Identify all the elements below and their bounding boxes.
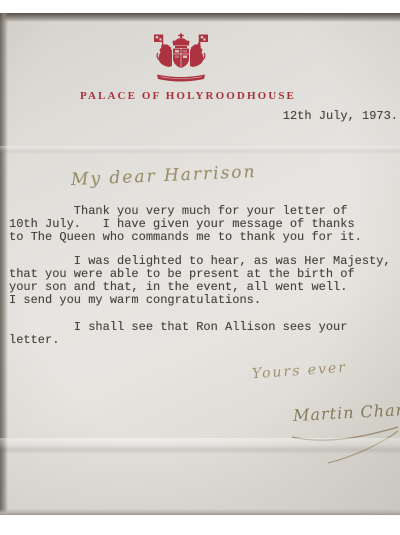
photo-vignette	[0, 13, 400, 515]
letter-paper: PALACE OF HOLYROODHOUSE 12th July, 1973.…	[0, 13, 400, 515]
photo-of-letter: PALACE OF HOLYROODHOUSE 12th July, 1973.…	[0, 0, 400, 535]
paper-bottom-edge	[0, 509, 400, 515]
